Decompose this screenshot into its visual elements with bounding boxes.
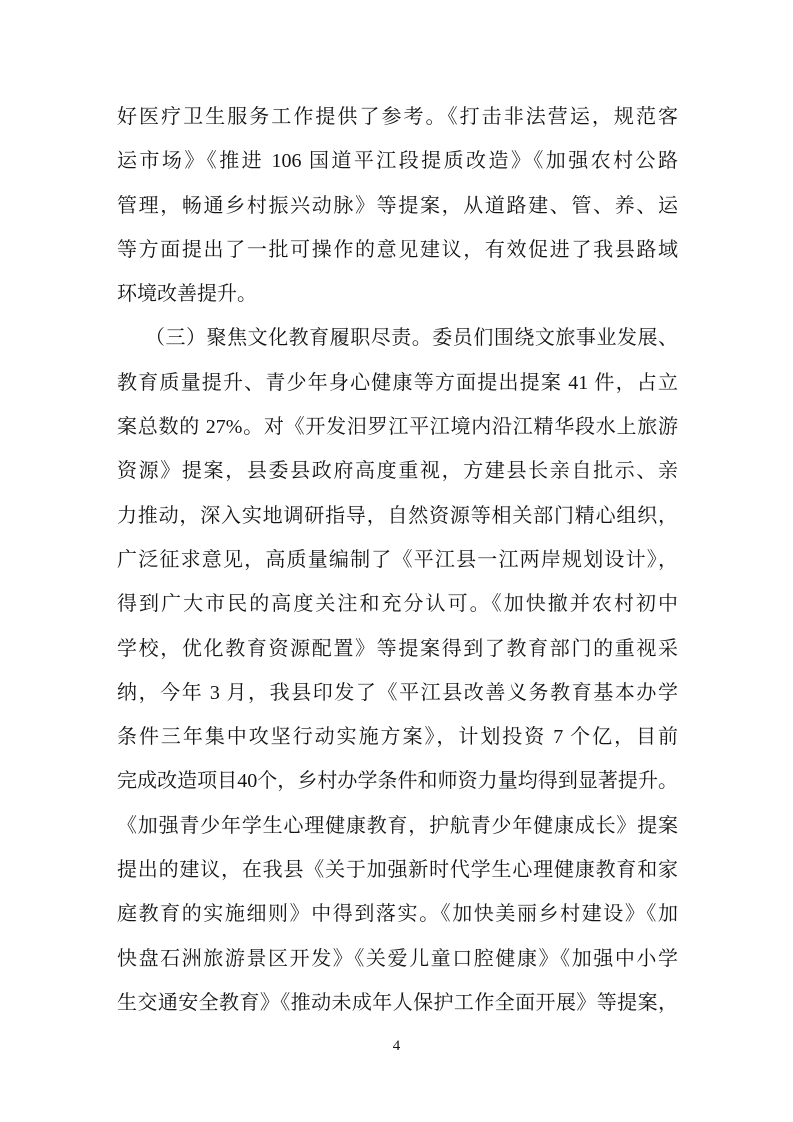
text-line: 管理，畅通乡村振兴动脉》等提案，从道路建、管、养、运 bbox=[117, 184, 678, 228]
text-line: 得到广大市民的高度关注和充分认可。《加快撤并农村初中 bbox=[117, 582, 678, 626]
text-line: 生交通安全教育》《推动未成年人保护工作全面开展》等提案， bbox=[117, 981, 678, 1025]
text-line: 运市场》《推进 106 国道平江段提质改造》《加强农村公路 bbox=[117, 139, 678, 183]
text-line: 学校，优化教育资源配置》等提案得到了教育部门的重视采 bbox=[117, 627, 678, 671]
page-number: 4 bbox=[0, 1036, 793, 1056]
text-line: 庭教育的实施细则》中得到落实。《加快美丽乡村建设》《加 bbox=[117, 892, 678, 936]
text-line: 资源》提案，县委县政府高度重视，方建县长亲自批示、亲 bbox=[117, 449, 678, 493]
text-line: 案总数的 27%。对《开发汨罗江平江境内沿江精华段水上旅游 bbox=[117, 405, 678, 449]
document-body: 好医疗卫生服务工作提供了参考。《打击非法营运，规范客 运市场》《推进 106 国… bbox=[117, 95, 678, 1025]
document-page: 好医疗卫生服务工作提供了参考。《打击非法营运，规范客 运市场》《推进 106 国… bbox=[0, 0, 793, 1122]
text-line: 纳，今年 3 月，我县印发了《平江县改善义务教育基本办学 bbox=[117, 671, 678, 715]
text-line: 快盘石洲旅游景区开发》《关爱儿童口腔健康》《加强中小学 bbox=[117, 937, 678, 981]
text-line: 条件三年集中攻坚行动实施方案》，计划投资 7 个亿，目前 bbox=[117, 715, 678, 759]
text-line: 提出的建议，在我县《关于加强新时代学生心理健康教育和家 bbox=[117, 848, 678, 892]
text-line: 力推动，深入实地调研指导，自然资源等相关部门精心组织， bbox=[117, 494, 678, 538]
text-line: 等方面提出了一批可操作的意见建议，有效促进了我县路域 bbox=[117, 228, 678, 272]
text-line: 完成改造项目40个，乡村办学条件和师资力量均得到显著提升。 bbox=[117, 759, 678, 803]
text-line: 广泛征求意见，高质量编制了《平江县一江两岸规划设计》， bbox=[117, 538, 678, 582]
text-line: 环境改善提升。 bbox=[117, 272, 678, 316]
text-line: 《加强青少年学生心理健康教育，护航青少年健康成长》提案 bbox=[117, 804, 678, 848]
text-line: 教育质量提升、青少年身心健康等方面提出提案 41 件，占立 bbox=[117, 361, 678, 405]
text-line: 好医疗卫生服务工作提供了参考。《打击非法营运，规范客 bbox=[117, 95, 678, 139]
section-heading-line: （三）聚焦文化教育履职尽责。委员们围绕文旅事业发展、 bbox=[117, 316, 678, 360]
